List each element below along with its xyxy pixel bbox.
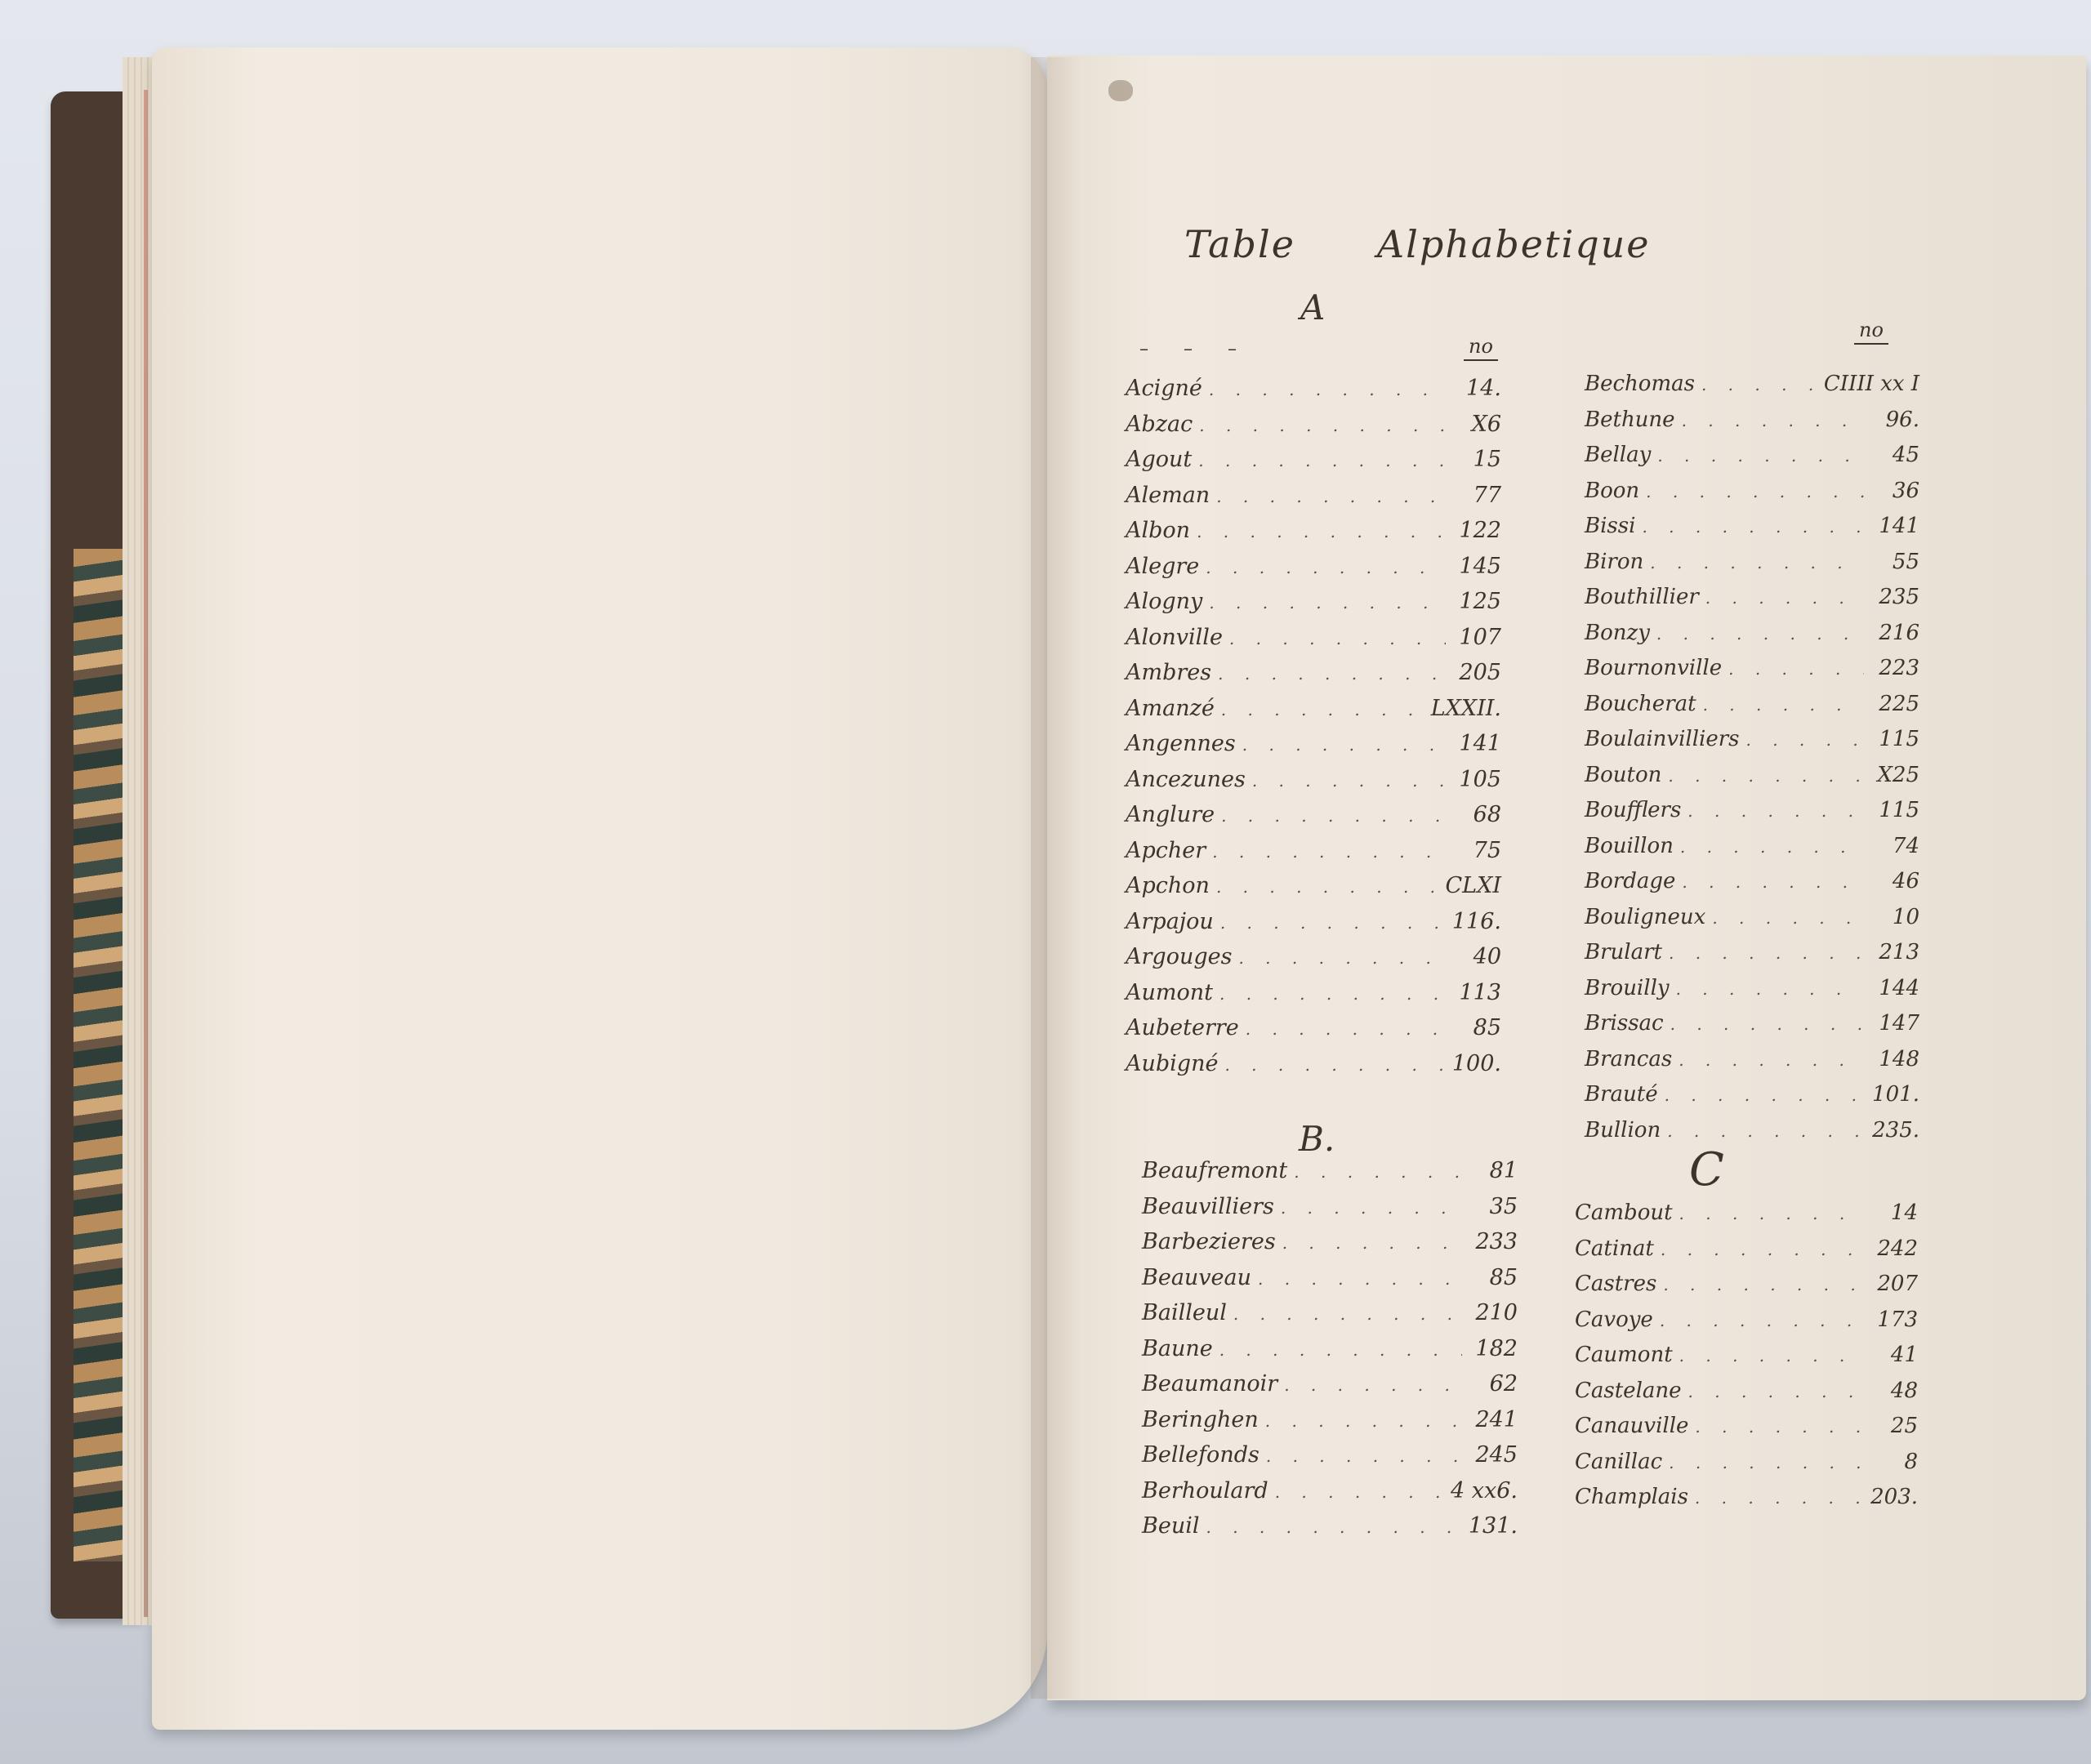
index-entry: Bissi. . . . . . . . . . . . . . . . . .…: [1585, 514, 1919, 550]
entry-name: Angennes: [1126, 731, 1236, 756]
index-entry: Abzac. . . . . . . . . . . . . . . . . .…: [1126, 412, 1501, 448]
entry-name: Bouligneux: [1585, 905, 1705, 929]
entry-number: 182: [1469, 1336, 1518, 1361]
entry-name: Beauvilliers: [1142, 1194, 1274, 1219]
entry-name: Bailleul: [1142, 1300, 1227, 1325]
leader-dots: . . . . . . . . . . . . . . . . . . . .: [1216, 877, 1439, 897]
entry-name: Apcher: [1126, 838, 1206, 863]
entry-name: Bouton: [1585, 763, 1661, 787]
entry-number: 40: [1452, 944, 1501, 969]
entry-name: Brancas: [1585, 1047, 1672, 1071]
entry-number: 241: [1469, 1407, 1518, 1432]
index-entry: Boucherat. . . . . . . . . . . . . . . .…: [1585, 692, 1919, 728]
entry-number: 62: [1469, 1371, 1518, 1396]
leader-dots: . . . . . . . . . . . . . . . . . . . .: [1221, 806, 1446, 826]
leader-dots: . . . . . . . . . . . . . . . . . . . .: [1656, 624, 1864, 644]
leader-dots: . . . . . . . . . . . . . . . . . . . .: [1219, 984, 1446, 1004]
leader-dots: . . . . . . . . . . . . . . . . . . . .: [1657, 446, 1864, 465]
entry-number: 107: [1452, 625, 1501, 650]
leader-dots: . . . . . . . . . . . . . . . . . . . .: [1233, 1304, 1462, 1324]
entry-name: Argouges: [1126, 944, 1232, 969]
entry-number: 141: [1870, 514, 1919, 538]
index-entry: Barbezieres. . . . . . . . . . . . . . .…: [1142, 1229, 1518, 1265]
leader-dots: . . . . . . . . . . . . . . . . . . . .: [1746, 730, 1865, 750]
leader-dots: . . . . . . . . . . . . . . . . . . . .: [1688, 801, 1864, 821]
section-heading-b: B.: [1299, 1119, 1335, 1159]
index-entry: Biron. . . . . . . . . . . . . . . . . .…: [1585, 550, 1919, 586]
leader-dots: . . . . . . . . . . . . . . . . . . . .: [1667, 1121, 1864, 1141]
entry-number: 105: [1452, 767, 1501, 792]
paper-stain: [1108, 80, 1133, 101]
index-entry: Brissac. . . . . . . . . . . . . . . . .…: [1585, 1011, 1919, 1047]
entry-name: Caumont: [1575, 1343, 1673, 1367]
index-entry: Brouilly. . . . . . . . . . . . . . . . …: [1585, 976, 1919, 1012]
entry-name: Brouilly: [1585, 976, 1670, 1000]
entry-name: Berhoulard: [1142, 1478, 1268, 1503]
index-column-c: Cambout. . . . . . . . . . . . . . . . .…: [1575, 1200, 1918, 1521]
entry-name: Champlais: [1575, 1485, 1688, 1509]
entry-number: 113: [1452, 980, 1501, 1005]
index-entry: Bonzy. . . . . . . . . . . . . . . . . .…: [1585, 621, 1919, 657]
index-entry: Bullion. . . . . . . . . . . . . . . . .…: [1585, 1118, 1919, 1154]
entry-name: Bissi: [1585, 514, 1635, 538]
entry-name: Castres: [1575, 1272, 1656, 1296]
leader-dots: . . . . . . . . . . . . . . . . . . . .: [1265, 1411, 1462, 1431]
index-entry: Bouton. . . . . . . . . . . . . . . . . …: [1585, 763, 1919, 799]
leader-dots: . . . . . . . . . . . . . . . . . . . .: [1221, 700, 1424, 719]
entry-name: Arpajou: [1126, 909, 1214, 934]
entry-number: 144: [1870, 976, 1919, 1000]
entry-number: 46: [1870, 869, 1919, 893]
entry-number: 10: [1870, 905, 1919, 929]
entry-number: 115: [1870, 798, 1919, 822]
index-entry: Bellefonds. . . . . . . . . . . . . . . …: [1142, 1442, 1518, 1478]
entry-number: 8: [1869, 1450, 1918, 1474]
entry-name: Boufflers: [1585, 798, 1681, 822]
entry-number: 225: [1870, 692, 1919, 716]
leader-dots: . . . . . . . . . . . . . . . . . . . .: [1670, 1014, 1864, 1034]
leader-dots: . . . . . . . . . . . . . . . . . . . .: [1294, 1162, 1462, 1182]
entry-name: Acigné: [1126, 376, 1202, 401]
index-entry: Champlais. . . . . . . . . . . . . . . .…: [1575, 1485, 1918, 1521]
entry-name: Beringhen: [1142, 1407, 1259, 1432]
entry-number: 100.: [1452, 1051, 1501, 1076]
entry-name: Bournonville: [1585, 656, 1722, 680]
leader-dots: . . . . . . . . . . . . . . . . . . . .: [1703, 695, 1864, 715]
index-entry: Ancezunes. . . . . . . . . . . . . . . .…: [1126, 767, 1501, 803]
entry-number: 36: [1870, 479, 1919, 503]
leader-dots: . . . . . . . . . . . . . . . . . . . .: [1275, 1482, 1444, 1502]
index-entry: Bordage. . . . . . . . . . . . . . . . .…: [1585, 869, 1919, 905]
leader-dots: . . . . . . . . . . . . . . . . . . . .: [1728, 659, 1864, 679]
entry-number: 81: [1469, 1158, 1518, 1183]
index-entry: Ambres. . . . . . . . . . . . . . . . . …: [1126, 660, 1501, 696]
entry-name: Alonville: [1126, 625, 1223, 650]
leader-dots: . . . . . . . . . . . . . . . . . . . .: [1252, 771, 1446, 791]
leader-dots: . . . . . . . . . . . . . . . . . . . .: [1198, 451, 1446, 470]
entry-name: Brulart: [1585, 940, 1662, 964]
entry-number: 74: [1870, 834, 1919, 858]
leader-dots: . . . . . . . . . . . . . . . . . . . .: [1242, 735, 1446, 755]
entry-name: Albon: [1126, 518, 1190, 543]
leader-dots: . . . . . . . . . . . . . . . . . . . .: [1281, 1198, 1462, 1218]
index-entry: Bethune. . . . . . . . . . . . . . . . .…: [1585, 408, 1919, 443]
index-entry: Bournonville. . . . . . . . . . . . . . …: [1585, 656, 1919, 692]
leader-dots: . . . . . . . . . . . . . . . . . . . .: [1642, 517, 1864, 537]
leader-dots: . . . . . . . . . . . . . . . . . . . .: [1679, 1050, 1864, 1070]
entry-number: 45: [1870, 443, 1919, 467]
title-word-table: Table: [1184, 222, 1295, 266]
index-entry: Apchon. . . . . . . . . . . . . . . . . …: [1126, 873, 1501, 909]
page-title: TableAlphabetique: [1184, 222, 1651, 266]
entry-number: LXXII.: [1431, 696, 1501, 721]
index-entry: Aumont. . . . . . . . . . . . . . . . . …: [1126, 980, 1501, 1016]
entry-number: 122: [1452, 518, 1501, 543]
entry-number: X6: [1452, 412, 1501, 437]
entry-number: 245: [1469, 1442, 1518, 1468]
leader-dots: . . . . . . . . . . . . . . . . . . . .: [1712, 908, 1864, 928]
entry-number: 216: [1870, 621, 1919, 645]
leader-dots: . . . . . . . . . . . . . . . . . . . .: [1679, 1204, 1862, 1223]
entry-number: 101.: [1870, 1082, 1919, 1107]
leader-dots: . . . . . . . . . . . . . . . . . . . .: [1206, 558, 1446, 577]
entry-name: Beauveau: [1142, 1265, 1251, 1290]
index-entry: Agout. . . . . . . . . . . . . . . . . .…: [1126, 447, 1501, 483]
index-entry: Brancas. . . . . . . . . . . . . . . . .…: [1585, 1047, 1919, 1083]
leader-dots: . . . . . . . . . . . . . . . . . . . .: [1197, 522, 1446, 541]
entry-name: Aubeterre: [1126, 1015, 1239, 1040]
entry-name: Anglure: [1126, 802, 1215, 827]
entry-number: 235.: [1870, 1118, 1919, 1143]
entry-number: 14: [1869, 1200, 1918, 1225]
entry-number: 223: [1870, 656, 1919, 680]
leader-dots: . . . . . . . . . . . . . . . . . . . .: [1701, 375, 1817, 394]
entry-name: Bellefonds: [1142, 1442, 1260, 1468]
entry-name: Bonzy: [1585, 621, 1650, 645]
leader-dots: . . . . . . . . . . . . . . . . . . . .: [1209, 593, 1446, 612]
index-entry: Amanzé. . . . . . . . . . . . . . . . . …: [1126, 696, 1501, 732]
leader-dots: . . . . . . . . . . . . . . . . . . . .: [1665, 1085, 1864, 1105]
entry-number: 141: [1452, 731, 1501, 756]
index-entry: Boon. . . . . . . . . . . . . . . . . . …: [1585, 479, 1919, 514]
entry-name: Alogny: [1126, 589, 1202, 614]
entry-name: Bouthillier: [1585, 585, 1699, 609]
index-entry: Brauté. . . . . . . . . . . . . . . . . …: [1585, 1082, 1919, 1118]
index-entry: Canillac. . . . . . . . . . . . . . . . …: [1575, 1450, 1918, 1486]
entry-number: 41: [1869, 1343, 1918, 1367]
entry-name: Beaufremont: [1142, 1158, 1287, 1183]
entry-name: Canillac: [1575, 1450, 1662, 1474]
entry-number: 148: [1870, 1047, 1919, 1071]
column-header-no-left: no: [1464, 335, 1498, 361]
entry-number: 145: [1452, 554, 1501, 579]
entry-number: 15: [1452, 447, 1501, 472]
entry-name: Brissac: [1585, 1011, 1664, 1036]
entry-name: Alegre: [1126, 554, 1199, 579]
entry-number: 213: [1870, 940, 1919, 964]
leader-dots: . . . . . . . . . . . . . . . . . . . .: [1206, 1517, 1461, 1537]
entry-number: 48: [1869, 1379, 1918, 1403]
leader-dots: . . . . . . . . . . . . . . . . . . . .: [1212, 842, 1446, 862]
section-heading-a: A: [1300, 287, 1325, 327]
index-entry: Beaumanoir. . . . . . . . . . . . . . . …: [1142, 1371, 1518, 1407]
entry-number: 35: [1469, 1194, 1518, 1219]
leader-dots: . . . . . . . . . . . . . . . . . . . .: [1282, 1233, 1462, 1253]
index-entry: Alogny. . . . . . . . . . . . . . . . . …: [1126, 589, 1501, 625]
leader-dots: . . . . . . . . . . . . . . . . . . . .: [1258, 1269, 1462, 1289]
leader-dots: . . . . . . . . . . . . . . . . . . . .: [1660, 1311, 1862, 1330]
index-entry: Baune. . . . . . . . . . . . . . . . . .…: [1142, 1336, 1518, 1372]
index-entry: Beaufremont. . . . . . . . . . . . . . .…: [1142, 1158, 1518, 1194]
index-entry: Bouillon. . . . . . . . . . . . . . . . …: [1585, 834, 1919, 870]
entry-number: 4 xx6.: [1451, 1478, 1518, 1503]
index-entry: Beauveau. . . . . . . . . . . . . . . . …: [1142, 1265, 1518, 1301]
index-entry: Cambout. . . . . . . . . . . . . . . . .…: [1575, 1200, 1918, 1236]
entry-name: Apchon: [1126, 873, 1210, 898]
entry-number: CLXI: [1446, 873, 1501, 898]
entry-number: 85: [1469, 1265, 1518, 1290]
entry-name: Abzac: [1126, 412, 1193, 437]
leader-dots: . . . . . . . . . . . . . . . . . . . .: [1669, 943, 1864, 963]
leader-dots: . . . . . . . . . . . . . . . . . . . .: [1216, 487, 1446, 506]
section-heading-c: C: [1689, 1143, 1724, 1196]
index-entry: Bechomas. . . . . . . . . . . . . . . . …: [1585, 372, 1919, 408]
index-entry: Bailleul. . . . . . . . . . . . . . . . …: [1142, 1300, 1518, 1336]
entry-number: 147: [1870, 1011, 1919, 1036]
entry-number: 125: [1452, 589, 1501, 614]
index-entry: Arpajou. . . . . . . . . . . . . . . . .…: [1126, 909, 1501, 945]
entry-number: 173: [1869, 1307, 1918, 1332]
leader-dots: . . . . . . . . . . . . . . . . . . . .: [1209, 380, 1446, 399]
entry-number: 85: [1452, 1015, 1501, 1040]
entry-number: 242: [1869, 1236, 1918, 1261]
index-entry: Anglure. . . . . . . . . . . . . . . . .…: [1126, 802, 1501, 838]
entry-number: 233: [1469, 1229, 1518, 1254]
leader-dots: . . . . . . . . . . . . . . . . . . . .: [1695, 1488, 1862, 1508]
entry-number: 68: [1452, 802, 1501, 827]
leader-dots: . . . . . . . . . . . . . . . . . . . .: [1688, 1382, 1862, 1401]
index-entry: Aleman. . . . . . . . . . . . . . . . . …: [1126, 483, 1501, 519]
leader-dots: . . . . . . . . . . . . . . . . . . . .: [1663, 1275, 1862, 1294]
entry-number: 25: [1869, 1414, 1918, 1438]
entry-name: Ambres: [1126, 660, 1211, 685]
entry-name: Beaumanoir: [1142, 1371, 1277, 1396]
leader-dots: . . . . . . . . . . . . . . . . . . . .: [1219, 1340, 1462, 1360]
index-entry: Castres. . . . . . . . . . . . . . . . .…: [1575, 1272, 1918, 1307]
entry-number: 75: [1452, 838, 1501, 863]
left-page-blank: [152, 47, 1047, 1730]
entry-number: 205: [1452, 660, 1501, 685]
index-entry: Aubigné. . . . . . . . . . . . . . . . .…: [1126, 1051, 1501, 1087]
index-entry: Bouthillier. . . . . . . . . . . . . . .…: [1585, 585, 1919, 621]
entry-name: Catinat: [1575, 1236, 1654, 1261]
leader-dots: . . . . . . . . . . . . . . . . . . . .: [1695, 1417, 1862, 1437]
index-entry: Beuil. . . . . . . . . . . . . . . . . .…: [1142, 1513, 1518, 1549]
entry-number: 55: [1870, 550, 1919, 574]
index-entry: Alonville. . . . . . . . . . . . . . . .…: [1126, 625, 1501, 661]
entry-name: Castelane: [1575, 1379, 1682, 1403]
entry-number: 203.: [1869, 1485, 1918, 1509]
entry-name: Bouillon: [1585, 834, 1674, 858]
index-entry: Beringhen. . . . . . . . . . . . . . . .…: [1142, 1407, 1518, 1443]
entry-number: X25: [1870, 763, 1919, 787]
entry-number: 207: [1869, 1272, 1918, 1296]
leader-dots: . . . . . . . . . . . . . . . . . . . .: [1661, 1240, 1862, 1259]
entry-name: Agout: [1126, 447, 1192, 472]
index-entry: Bellay. . . . . . . . . . . . . . . . . …: [1585, 443, 1919, 479]
leader-dots: . . . . . . . . . . . . . . . . . . . .: [1224, 1055, 1445, 1075]
index-column-b-right: Bechomas. . . . . . . . . . . . . . . . …: [1585, 372, 1919, 1153]
entry-name: Bordage: [1585, 869, 1675, 893]
entry-number: 115: [1870, 727, 1919, 751]
index-entry: Acigné. . . . . . . . . . . . . . . . . …: [1126, 376, 1501, 412]
entry-number: CIIII xx I: [1824, 372, 1919, 396]
leader-dots: . . . . . . . . . . . . . . . . . . . .: [1238, 948, 1446, 968]
book-gutter-shadow: [1031, 57, 1080, 1699]
leader-dots: . . . . . . . . . . . . . . . . . . . .: [1680, 837, 1864, 857]
entry-name: Baune: [1142, 1336, 1213, 1361]
entry-name: Beuil: [1142, 1513, 1199, 1539]
leader-dots: . . . . . . . . . . . . . . . . . . . .: [1220, 913, 1446, 933]
index-column-b-left: Beaufremont. . . . . . . . . . . . . . .…: [1142, 1158, 1518, 1549]
entry-name: Biron: [1585, 550, 1643, 574]
index-entry: Aubeterre. . . . . . . . . . . . . . . .…: [1126, 1015, 1501, 1051]
entry-number: 77: [1452, 483, 1501, 508]
leader-dots: . . . . . . . . . . . . . . . . . . . .: [1682, 411, 1864, 430]
entry-name: Canauville: [1575, 1414, 1688, 1438]
entry-name: Bullion: [1585, 1118, 1661, 1143]
leader-dots: . . . . . . . . . . . . . . . . . . . .: [1199, 416, 1446, 435]
entry-name: Bechomas: [1585, 372, 1695, 396]
title-word-alphabetique: Alphabetique: [1377, 222, 1651, 266]
index-entry: Bouligneux. . . . . . . . . . . . . . . …: [1585, 905, 1919, 941]
entry-name: Aubigné: [1126, 1051, 1218, 1076]
entry-name: Amanzé: [1126, 696, 1215, 721]
leader-dots: . . . . . . . . . . . . . . . . . . . .: [1218, 664, 1446, 684]
index-entry: Apcher. . . . . . . . . . . . . . . . . …: [1126, 838, 1501, 874]
leader-dots: . . . . . . . . . . . . . . . . . . . .: [1266, 1446, 1462, 1466]
heading-dashes: – – –: [1139, 339, 1251, 359]
entry-number: 14.: [1452, 376, 1501, 401]
index-entry: Caumont. . . . . . . . . . . . . . . . .…: [1575, 1343, 1918, 1379]
entry-name: Barbezieres: [1142, 1229, 1276, 1254]
index-entry: Brulart. . . . . . . . . . . . . . . . .…: [1585, 940, 1919, 976]
entry-number: 235: [1870, 585, 1919, 609]
entry-name: Boon: [1585, 479, 1639, 503]
entry-name: Aumont: [1126, 980, 1213, 1005]
index-entry: Cavoye. . . . . . . . . . . . . . . . . …: [1575, 1307, 1918, 1343]
entry-name: Ancezunes: [1126, 767, 1246, 792]
leader-dots: . . . . . . . . . . . . . . . . . . . .: [1246, 1019, 1446, 1039]
index-entry: Berhoulard. . . . . . . . . . . . . . . …: [1142, 1478, 1518, 1514]
entry-number: 96.: [1870, 408, 1919, 432]
index-entry: Catinat. . . . . . . . . . . . . . . . .…: [1575, 1236, 1918, 1272]
entry-number: 210: [1469, 1300, 1518, 1325]
column-header-no-right: no: [1854, 318, 1888, 345]
entry-name: Cavoye: [1575, 1307, 1653, 1332]
entry-name: Brauté: [1585, 1082, 1658, 1107]
entry-number: 131.: [1469, 1513, 1518, 1539]
index-entry: Boulainvilliers. . . . . . . . . . . . .…: [1585, 727, 1919, 763]
leader-dots: . . . . . . . . . . . . . . . . . . . .: [1284, 1375, 1462, 1395]
entry-number: 116.: [1452, 909, 1501, 934]
index-entry: Beauvilliers. . . . . . . . . . . . . . …: [1142, 1194, 1518, 1230]
index-entry: Angennes. . . . . . . . . . . . . . . . …: [1126, 731, 1501, 767]
index-column-a: Acigné. . . . . . . . . . . . . . . . . …: [1126, 376, 1501, 1086]
index-entry: Albon. . . . . . . . . . . . . . . . . .…: [1126, 518, 1501, 554]
leader-dots: . . . . . . . . . . . . . . . . . . . .: [1669, 1453, 1862, 1472]
index-entry: Boufflers. . . . . . . . . . . . . . . .…: [1585, 798, 1919, 834]
index-entry: Canauville. . . . . . . . . . . . . . . …: [1575, 1414, 1918, 1450]
entry-name: Bethune: [1585, 408, 1675, 432]
entry-name: Boucherat: [1585, 692, 1696, 716]
leader-dots: . . . . . . . . . . . . . . . . . . . .: [1668, 766, 1864, 786]
leader-dots: . . . . . . . . . . . . . . . . . . . .: [1229, 629, 1446, 648]
leader-dots: . . . . . . . . . . . . . . . . . . . .: [1650, 553, 1864, 572]
red-page-edge: [144, 90, 148, 1617]
leader-dots: . . . . . . . . . . . . . . . . . . . .: [1682, 872, 1864, 892]
index-entry: Argouges. . . . . . . . . . . . . . . . …: [1126, 944, 1501, 980]
leader-dots: . . . . . . . . . . . . . . . . . . . .: [1676, 979, 1864, 999]
entry-name: Boulainvilliers: [1585, 727, 1740, 751]
index-entry: Alegre. . . . . . . . . . . . . . . . . …: [1126, 554, 1501, 590]
entry-name: Cambout: [1575, 1200, 1673, 1225]
index-entry: Castelane. . . . . . . . . . . . . . . .…: [1575, 1379, 1918, 1414]
leader-dots: . . . . . . . . . . . . . . . . . . . .: [1705, 588, 1864, 608]
leader-dots: . . . . . . . . . . . . . . . . . . . .: [1679, 1346, 1862, 1365]
entry-name: Aleman: [1126, 483, 1210, 508]
entry-name: Bellay: [1585, 443, 1651, 467]
leader-dots: . . . . . . . . . . . . . . . . . . . .: [1646, 482, 1864, 501]
